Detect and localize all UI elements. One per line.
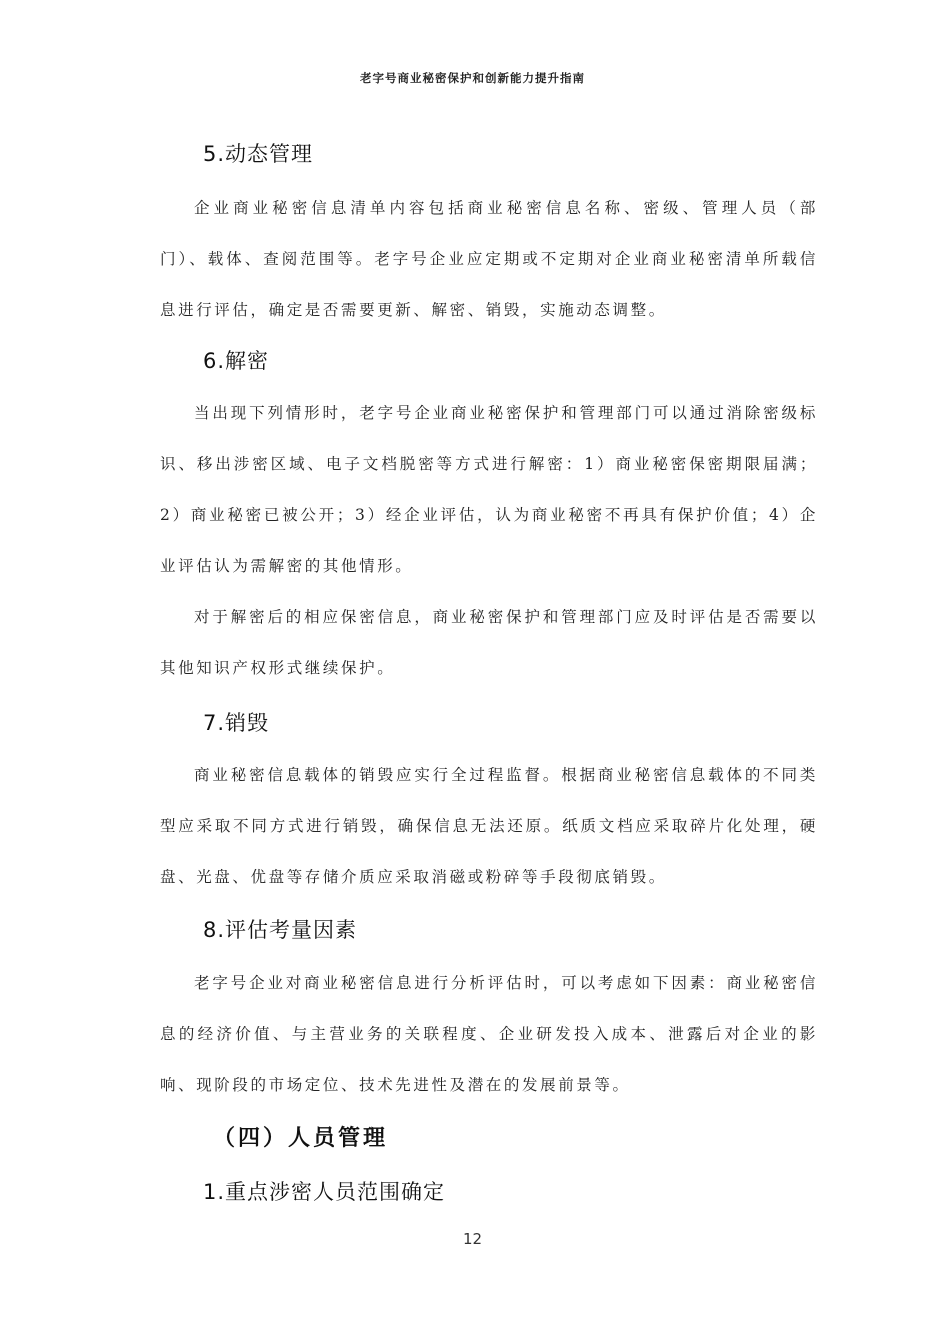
paragraph: 老字号企业对商业秘密信息进行分析评估时，可以考虑如下因素：商业秘密信息的经济价值… [160,958,818,1111]
paragraph: 商业秘密信息载体的销毁应实行全过程监督。根据商业秘密信息载体的不同类型应采取不同… [160,750,818,903]
chapter-heading-personnel-management: （四）人员管理 [213,1121,388,1152]
running-header: 老字号商业秘密保护和创新能力提升指南 [0,70,945,86]
paragraph: 当出现下列情形时，老字号企业商业秘密保护和管理部门可以通过消除密级标识、移出涉密… [160,388,818,592]
section-heading-evaluation-factors: 8.评估考量因素 [203,914,357,944]
paragraph: 企业商业秘密信息清单内容包括商业秘密信息名称、密级、管理人员（部门）、载体、查阅… [160,183,818,336]
page-number: 12 [0,1230,945,1248]
subsection-heading-key-personnel: 1.重点涉密人员范围确定 [203,1176,445,1206]
paragraph: 对于解密后的相应保密信息，商业秘密保护和管理部门应及时评估是否需要以其他知识产权… [160,592,818,694]
section-heading-declassification: 6.解密 [203,345,269,375]
section-heading-destruction: 7.销毁 [203,707,269,737]
section-heading-dynamic-management: 5.动态管理 [203,138,313,168]
